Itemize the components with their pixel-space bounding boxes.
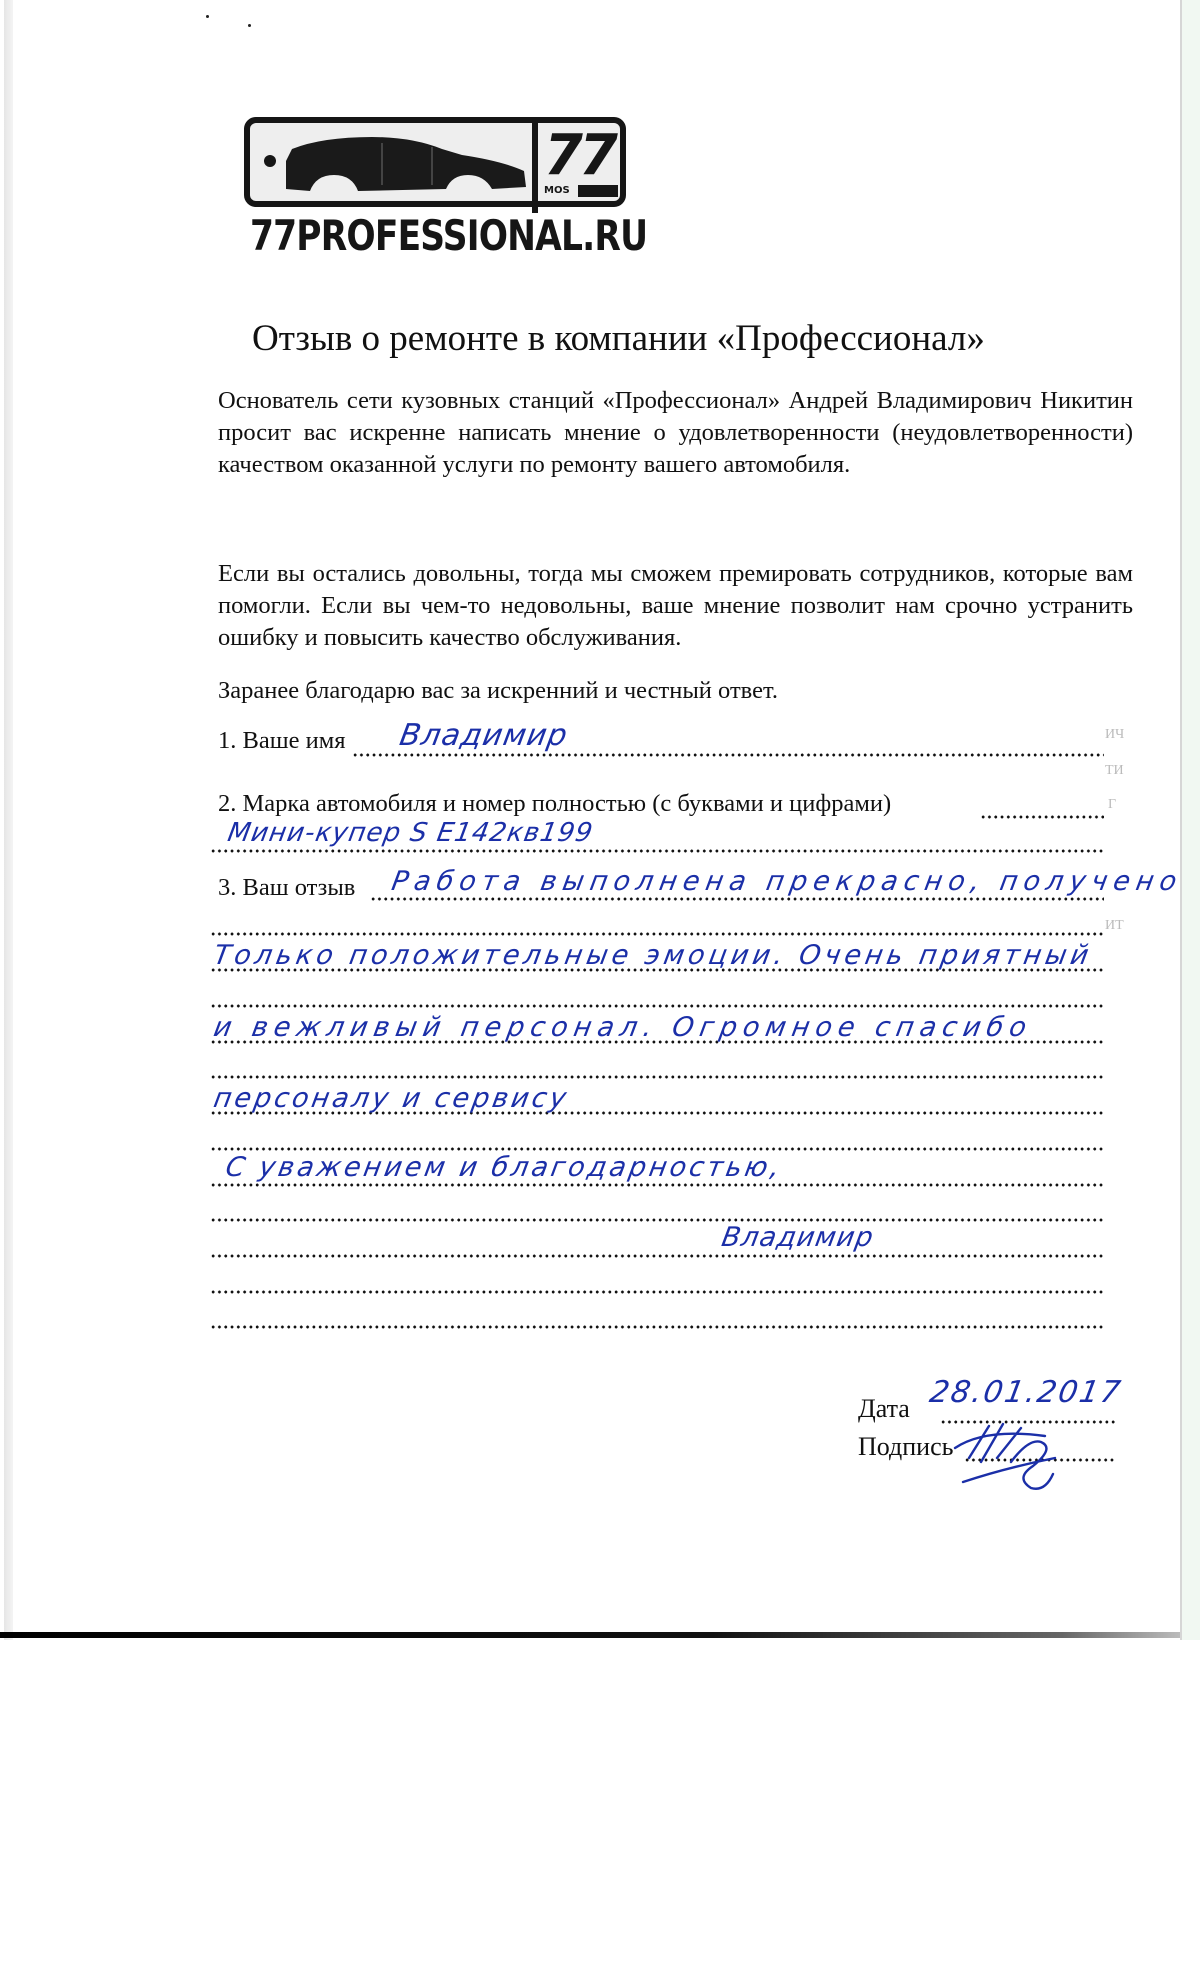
scan-right-edge <box>1180 0 1200 1640</box>
intro-paragraph: Основатель сети кузовных станций «Профес… <box>218 385 1133 481</box>
review-line-1: Работа выполнена прекрасно, получено <box>389 866 1185 897</box>
car-silhouette-icon <box>262 131 534 197</box>
answer-line <box>210 849 1104 853</box>
answer-line <box>210 932 1104 936</box>
answer-line <box>210 1004 1104 1008</box>
incentive-paragraph: Если вы остались довольны, тогда мы смож… <box>218 558 1133 654</box>
logo-region-sub: MOS <box>544 185 570 196</box>
question-name-label: 1. Ваше имя <box>218 727 345 755</box>
logo-divider <box>532 123 538 213</box>
review-line-5: С уважением и благодарностью, <box>223 1152 785 1183</box>
scan-speck <box>248 24 251 27</box>
logo-region-badge: 77 MOS <box>542 131 622 201</box>
answer-line <box>352 753 1104 757</box>
answer-line <box>370 897 1104 901</box>
date-label: Дата <box>858 1394 910 1424</box>
answer-name: Владимир <box>397 718 571 753</box>
company-logo: 77 MOS 77PROFESSIONAL.RU <box>244 117 629 262</box>
margin-showthrough: ИЧ <box>1105 727 1124 743</box>
answer-line <box>210 1325 1104 1329</box>
answer-line <box>980 815 1104 819</box>
document-title: Отзыв о ремонте в компании «Профессионал… <box>252 317 985 360</box>
signature-label: Подпись <box>858 1432 953 1462</box>
margin-showthrough: Г <box>1108 797 1116 813</box>
review-line-2: Только положительные эмоции. Очень прият… <box>211 940 1095 971</box>
answer-line <box>210 1218 1104 1222</box>
scan-speck <box>206 15 209 18</box>
margin-showthrough: ИТ <box>1105 918 1124 934</box>
date-value: 28.01.2017 <box>927 1375 1125 1410</box>
review-signoff-name: Владимир <box>719 1222 876 1253</box>
answer-line <box>210 1183 1104 1187</box>
answer-line <box>210 1290 1104 1294</box>
question-car-label: 2. Марка автомобиля и номер полностью (с… <box>218 790 891 818</box>
answer-line <box>210 1147 1104 1151</box>
margin-showthrough: ТИ <box>1105 763 1124 779</box>
logo-frame: 77 MOS <box>244 117 626 207</box>
answer-line <box>210 1075 1104 1079</box>
review-line-3: и вежливый персонал. Огромное спасибо <box>211 1012 1034 1043</box>
handwritten-signature-icon <box>945 1418 1065 1498</box>
scan-left-edge <box>4 0 13 1640</box>
answer-line <box>210 1254 1104 1258</box>
answer-car: Мини-купер S Е142кв199 <box>225 818 595 848</box>
logo-badge-bar <box>578 185 618 197</box>
question-review-label: 3. Ваш отзыв <box>218 874 355 902</box>
review-line-4: персоналу и сервису <box>211 1083 571 1114</box>
scan-bottom-edge <box>0 1632 1180 1638</box>
thanks-line: Заранее благодарю вас за искренний и чес… <box>218 677 778 705</box>
logo-region-number: 77 <box>544 123 614 188</box>
logo-site-name: 77PROFESSIONAL.RU <box>250 211 647 260</box>
